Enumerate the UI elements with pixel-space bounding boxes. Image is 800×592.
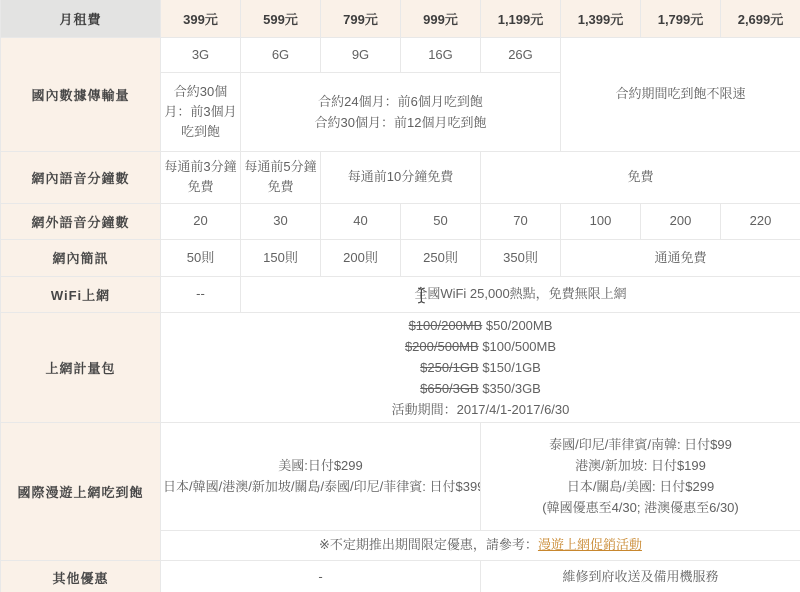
old-price: $250/1GB — [420, 360, 479, 375]
roaming-line: 日本/關島/美國: 日付$299 — [483, 476, 798, 497]
sms-cell: 200則 — [321, 239, 401, 276]
data-volume-cell: 26G — [481, 37, 561, 72]
promo-period-line: 活動期間：2017/4/1-2017/6/30 — [163, 399, 798, 420]
voice-off-cell: 40 — [321, 203, 401, 239]
wifi-row: WiFi上網 -- 全國WiFi 25,000熱點，免費無限上網 — [1, 276, 800, 312]
plan-header-799: 799元 — [321, 0, 401, 37]
roaming-promo-link[interactable]: 漫遊上網促銷活動 — [538, 537, 642, 552]
other-benefits-low-cell: - — [161, 560, 481, 592]
row-label-other-benefits: 其他優惠 — [1, 560, 161, 592]
old-price: $200/500MB — [405, 339, 479, 354]
voice-off-cell: 20 — [161, 203, 241, 239]
roaming-note-text: ※不定期推出期間限定優惠，請參考： — [319, 537, 538, 552]
data-volume-cell: 3G — [161, 37, 241, 72]
metered-price-line: $100/200MB $50/200MB — [163, 315, 798, 336]
voice-off-cell: 200 — [641, 203, 721, 239]
plan-comparison-table: 月租費 399元 599元 799元 999元 1,199元 1,399元 1,… — [0, 0, 800, 592]
voice-on-cell: 每通前3分鐘免費 — [161, 151, 241, 203]
sms-cell: 150則 — [241, 239, 321, 276]
new-price: $350/3GB — [482, 381, 541, 396]
plan-header-999: 999元 — [401, 0, 481, 37]
plan-header-1799: 1,799元 — [641, 0, 721, 37]
roaming-line: 日本/韓國/港澳/新加坡/關島/泰國/印尼/菲律賓: 日付$399 — [163, 476, 478, 497]
data-volume-cell: 16G — [401, 37, 481, 72]
row-label-metered-pack: 上網計量包 — [1, 312, 161, 422]
roaming-line: 美國:日付$299 — [163, 455, 478, 476]
voice-off-cell: 50 — [401, 203, 481, 239]
plan-header-1399: 1,399元 — [561, 0, 641, 37]
data-unlimited-cell: 合約期間吃到飽不限速 — [561, 37, 800, 151]
metered-pack-cell: $100/200MB $50/200MB $200/500MB $100/500… — [161, 312, 800, 422]
data-volume-cell: 6G — [241, 37, 321, 72]
roaming-low-tier-cell: 美國:日付$299 日本/韓國/港澳/新加坡/關島/泰國/印尼/菲律賓: 日付$… — [161, 422, 481, 530]
roaming-line: 泰國/印尼/菲律賓/南韓: 日付$99 — [483, 434, 798, 455]
voice-on-free-cell: 免費 — [481, 151, 800, 203]
new-price: $50/200MB — [486, 318, 553, 333]
header-row: 月租費 399元 599元 799元 999元 1,199元 1,399元 1,… — [1, 0, 800, 37]
wifi-none-cell: -- — [161, 276, 241, 312]
monthly-fee-header: 月租費 — [1, 0, 161, 37]
sms-cell: 350則 — [481, 239, 561, 276]
new-price: $100/500MB — [482, 339, 556, 354]
row-label-off-net-voice: 網外語音分鐘數 — [1, 203, 161, 239]
on-net-voice-row: 網內語音分鐘數 每通前3分鐘免費 每通前5分鐘免費 每通前10分鐘免費 免費 — [1, 151, 800, 203]
voice-off-cell: 30 — [241, 203, 321, 239]
metered-price-line: $250/1GB $150/1GB — [163, 357, 798, 378]
other-benefits-row: 其他優惠 - 維修到府收送及備用機服務 — [1, 560, 800, 592]
sms-free-cell: 通通免費 — [561, 239, 800, 276]
voice-on-cell: 每通前5分鐘免費 — [241, 151, 321, 203]
voice-off-cell: 220 — [721, 203, 800, 239]
voice-on-cell: 每通前10分鐘免費 — [321, 151, 481, 203]
sms-cell: 50則 — [161, 239, 241, 276]
row-label-wifi: WiFi上網 — [1, 276, 161, 312]
roaming-high-tier-cell: 泰國/印尼/菲律賓/南韓: 日付$99 港澳/新加坡: 日付$199 日本/關島… — [481, 422, 800, 530]
other-benefits-high-cell: 維修到府收送及備用機服務 — [481, 560, 800, 592]
voice-off-cell: 70 — [481, 203, 561, 239]
roaming-line: 港澳/新加坡: 日付$199 — [483, 455, 798, 476]
plan-header-399: 399元 — [161, 0, 241, 37]
contract-line: 合約24個月：前6個月吃到飽 — [243, 91, 558, 112]
roaming-line: (韓國優惠至4/30; 港澳優惠至6/30) — [483, 497, 798, 518]
row-label-domestic-data: 國內數據傳輸量 — [1, 37, 161, 151]
row-label-roaming: 國際漫遊上網吃到飽 — [1, 422, 161, 560]
new-price: $150/1GB — [482, 360, 541, 375]
sms-cell: 250則 — [401, 239, 481, 276]
domestic-data-volume-row: 國內數據傳輸量 3G 6G 9G 16G 26G 合約期間吃到飽不限速 — [1, 37, 800, 72]
wifi-hotspot-cell: 全國WiFi 25,000熱點，免費無限上網 — [241, 276, 800, 312]
off-net-voice-row: 網外語音分鐘數 20 30 40 50 70 100 200 220 — [1, 203, 800, 239]
row-label-sms: 網內簡訊 — [1, 239, 161, 276]
plan-header-1199: 1,199元 — [481, 0, 561, 37]
data-contract-mid-cell: 合約24個月：前6個月吃到飽 合約30個月：前12個月吃到飽 — [241, 72, 561, 151]
metered-price-line: $650/3GB $350/3GB — [163, 378, 798, 399]
sms-row: 網內簡訊 50則 150則 200則 250則 350則 通通免費 — [1, 239, 800, 276]
row-label-on-net-voice: 網內語音分鐘數 — [1, 151, 161, 203]
metered-price-line: $200/500MB $100/500MB — [163, 336, 798, 357]
old-price: $100/200MB — [409, 318, 483, 333]
contract-line: 合約30個月：前12個月吃到飽 — [243, 112, 558, 133]
plan-header-599: 599元 — [241, 0, 321, 37]
roaming-note-cell: ※不定期推出期間限定優惠，請參考：漫遊上網促銷活動 — [161, 530, 800, 560]
plan-header-2699: 2,699元 — [721, 0, 800, 37]
voice-off-cell: 100 — [561, 203, 641, 239]
data-contract-399-cell: 合約30個月：前3個月吃到飽 — [161, 72, 241, 151]
roaming-row: 國際漫遊上網吃到飽 美國:日付$299 日本/韓國/港澳/新加坡/關島/泰國/印… — [1, 422, 800, 530]
plan-comparison-page: 月租費 399元 599元 799元 999元 1,199元 1,399元 1,… — [0, 0, 800, 592]
metered-pack-row: 上網計量包 $100/200MB $50/200MB $200/500MB $1… — [1, 312, 800, 422]
old-price: $650/3GB — [420, 381, 479, 396]
data-volume-cell: 9G — [321, 37, 401, 72]
